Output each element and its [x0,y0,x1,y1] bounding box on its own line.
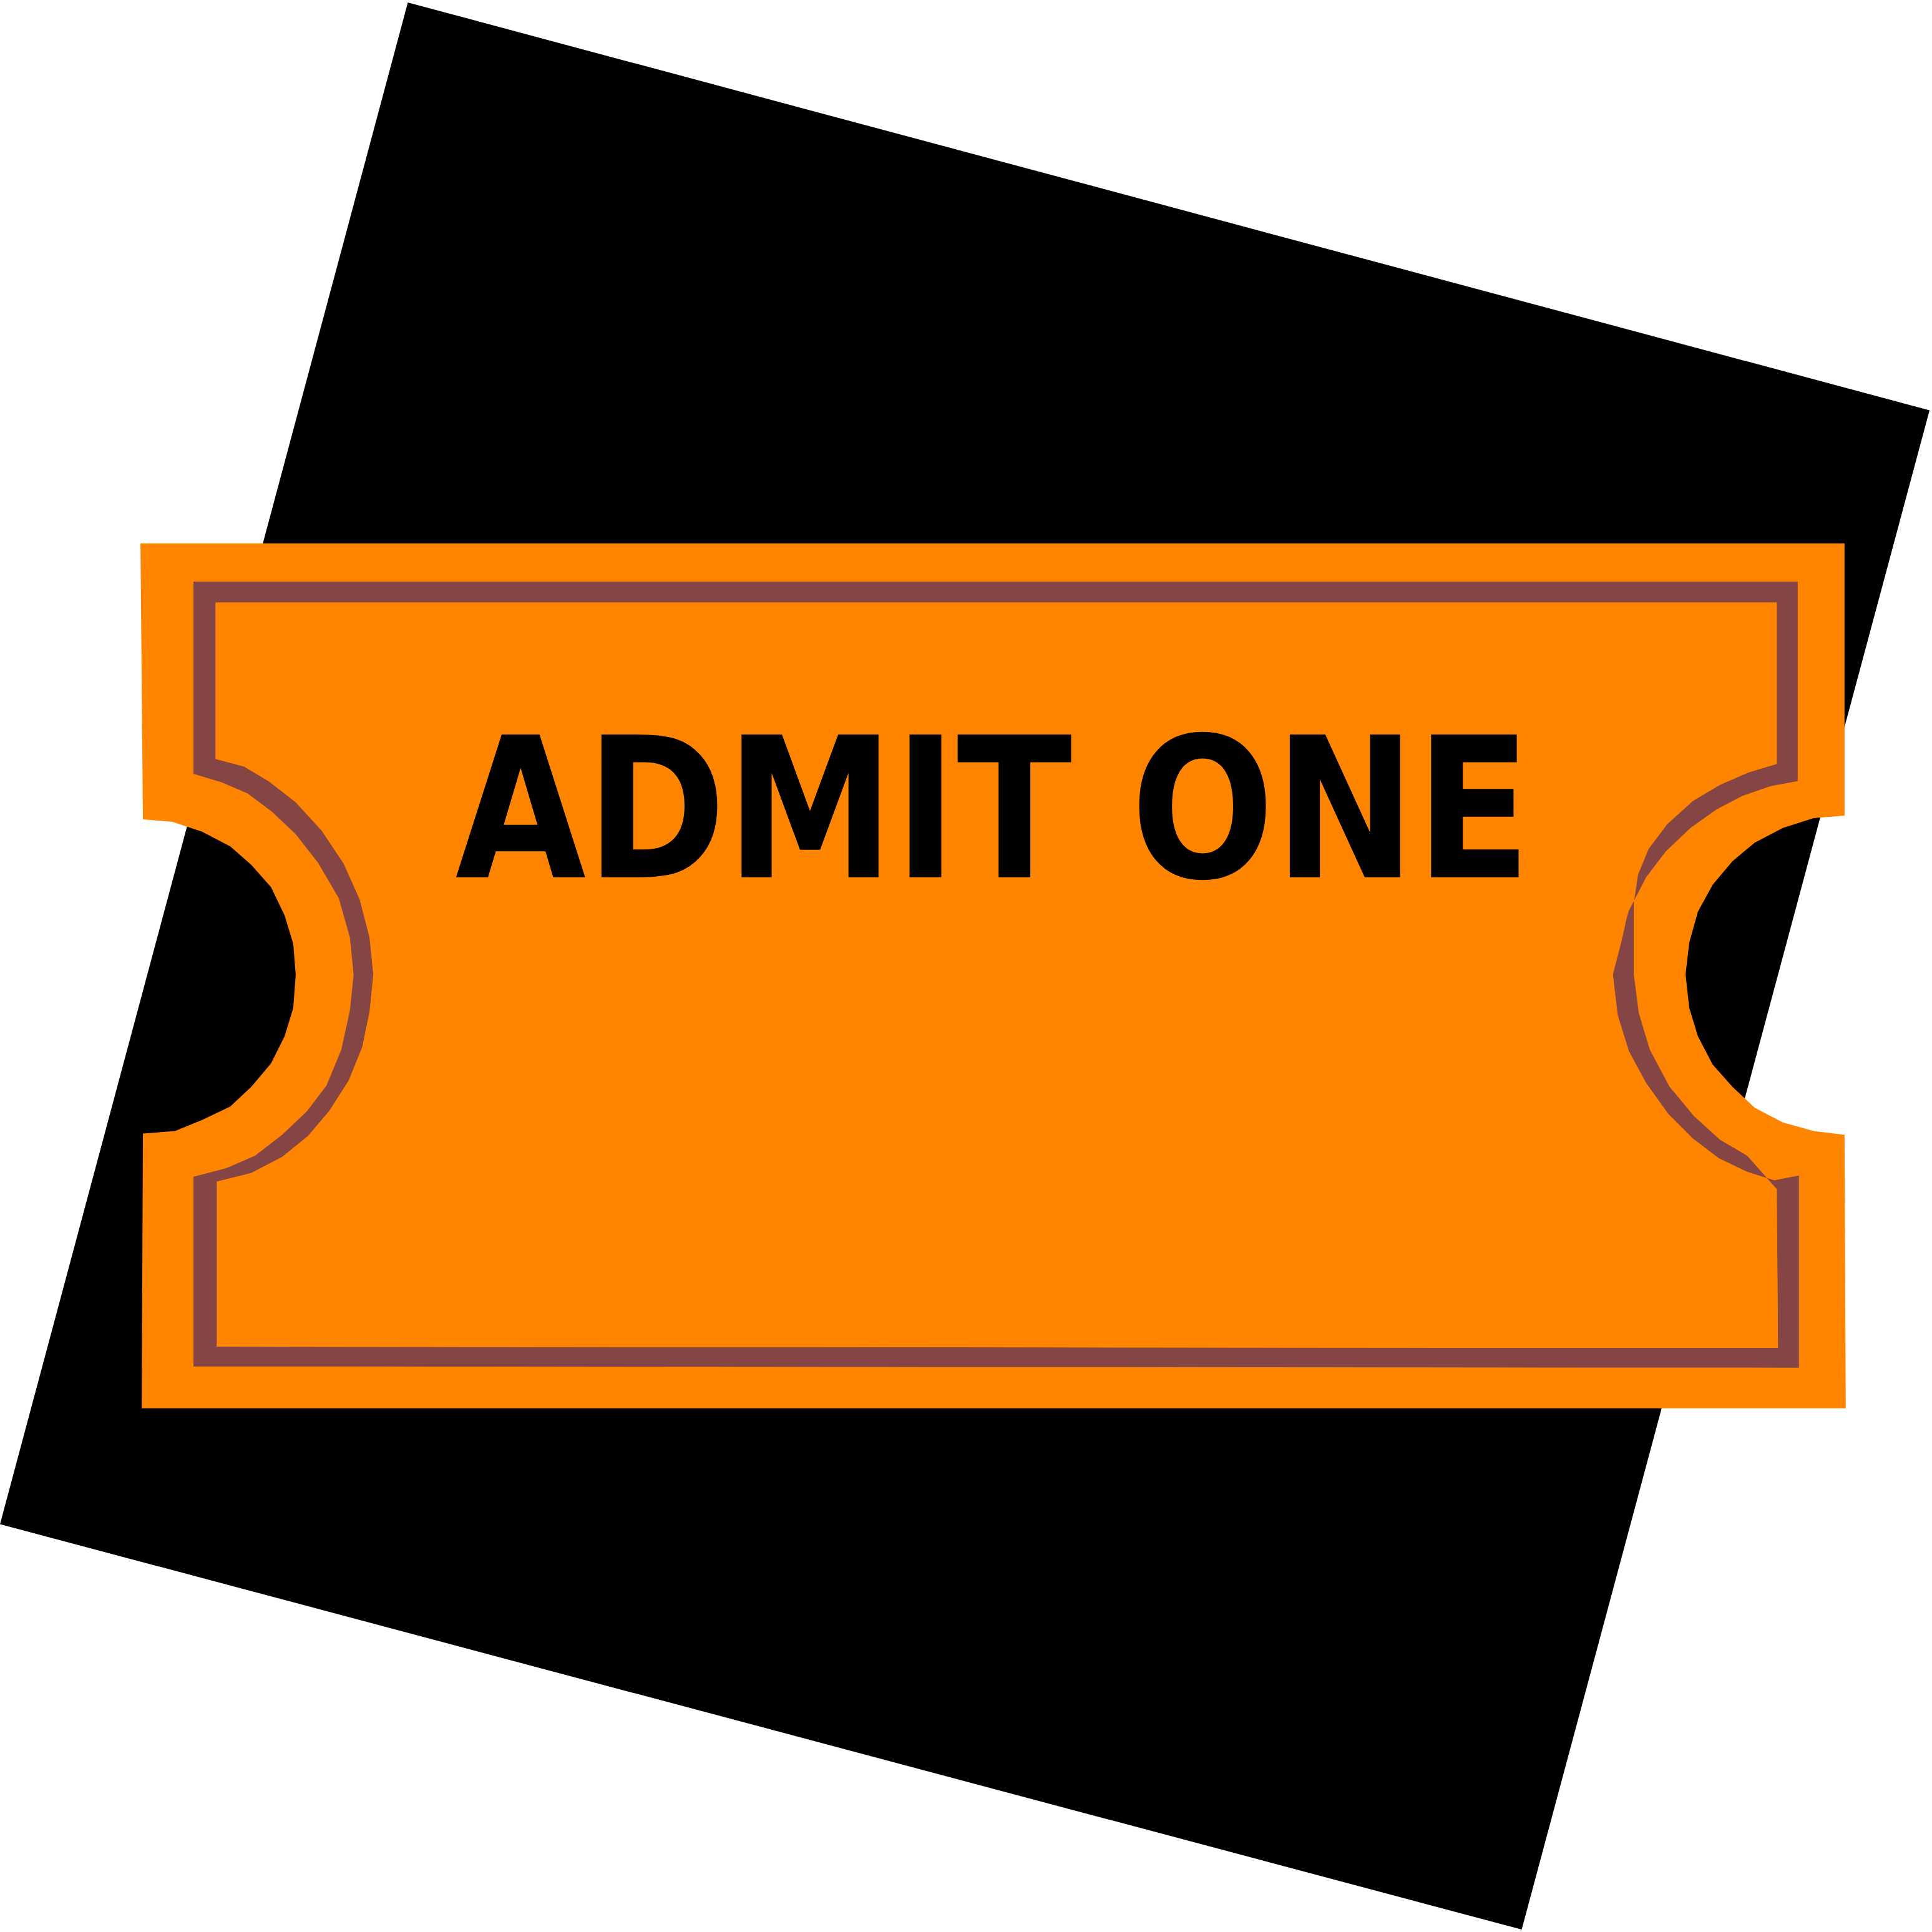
admit-one-ticket-illustration: ADMIT ONE [0,0,1932,1932]
admit-one-label: ADMIT ONE [456,696,1531,924]
